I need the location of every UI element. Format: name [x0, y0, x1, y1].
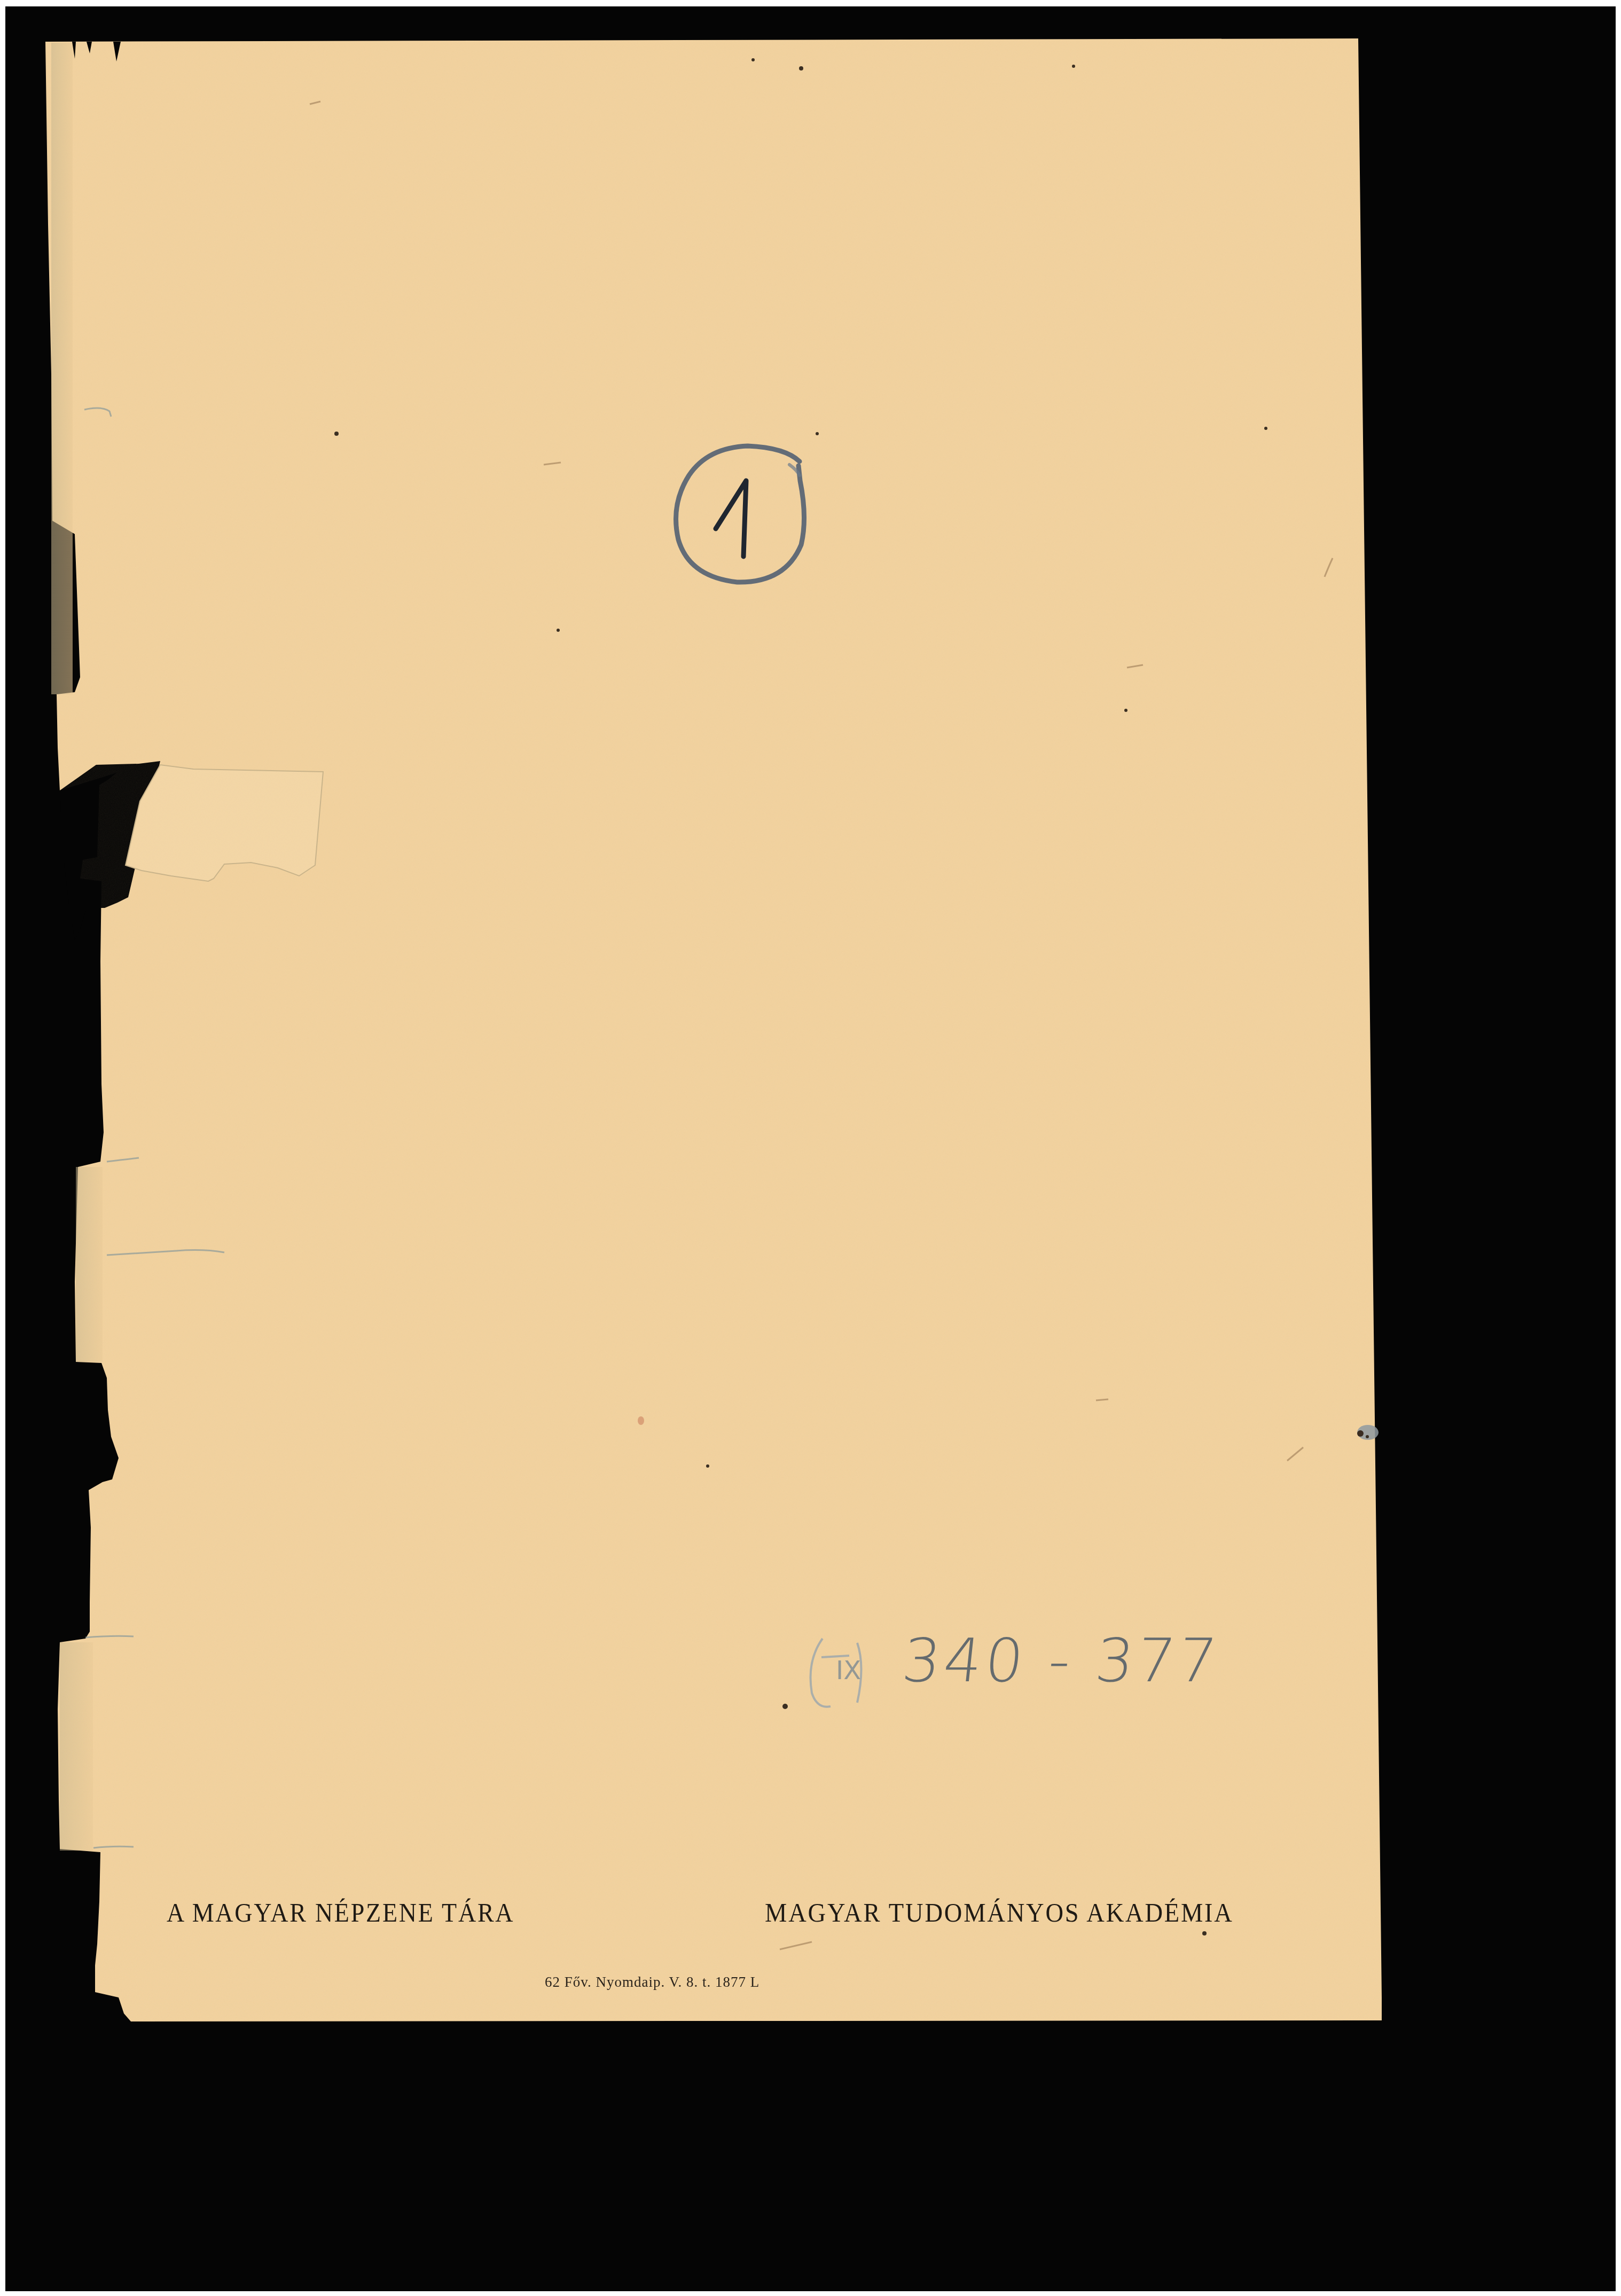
printer-imprint: 62 Főv. Nyomdaip. V. 8. t. 1877 L: [545, 1974, 759, 1991]
ink-blot: [1357, 1430, 1364, 1437]
paper-texture: [45, 38, 1382, 2021]
paper-sheet: [0, 0, 1621, 2296]
series-title: A MAGYAR NÉPZENE TÁRA: [167, 1897, 514, 1928]
page-range-annotation: 340 - 377: [899, 1626, 1223, 1696]
paper-stain: [638, 1416, 644, 1425]
range-prefix-label: IX: [836, 1656, 861, 1686]
publisher-name: MAGYAR TUDOMÁNYOS AKADÉMIA: [765, 1897, 1234, 1928]
